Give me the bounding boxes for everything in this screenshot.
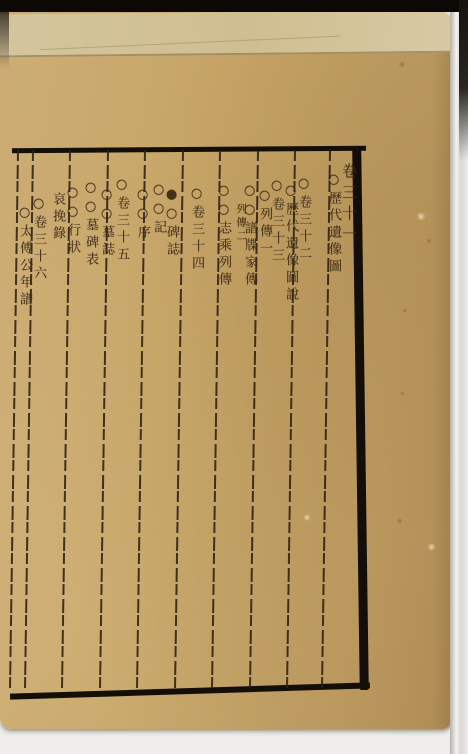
page-top-edge: [0, 10, 451, 58]
toc-entry: ○○墓碑表: [80, 180, 97, 269]
toc-entry: 卷三十一: [339, 163, 356, 247]
toc-entry: ○○記: [148, 182, 165, 237]
toc-entry: 哀挽錄: [47, 192, 64, 243]
stain: [416, 212, 426, 221]
scan-top-band: [0, 0, 468, 12]
scan-edge-smudge: [0, 10, 9, 70]
toc-entry: ○卷三十四: [186, 186, 203, 273]
paper-crease: [40, 36, 340, 51]
toc-entry: ○○志乘列傳: [213, 183, 230, 289]
stain: [400, 391, 405, 396]
scanned-page: 卷三十一 ○歷代遺像圖 ○卷三十二 ○歷代遺像圖說 ○卷三十三 ○列傳一 ○○譜…: [0, 0, 468, 754]
stain: [303, 514, 311, 521]
scan-edge-shadow: [459, 0, 468, 160]
toc-entry: 列傳二: [229, 203, 246, 244]
stain: [396, 518, 403, 524]
toc-entry: ○○序: [132, 187, 149, 242]
stain: [427, 543, 436, 551]
stain: [398, 61, 406, 68]
paper-edge-shading: [432, 12, 451, 729]
stain: [402, 308, 407, 313]
toc-entry: ○太傅公年譜: [14, 205, 31, 309]
toc-entry: ○歷代遺像圖: [323, 172, 340, 276]
stain: [426, 238, 432, 244]
toc-entry: ○○墓誌: [96, 187, 113, 259]
